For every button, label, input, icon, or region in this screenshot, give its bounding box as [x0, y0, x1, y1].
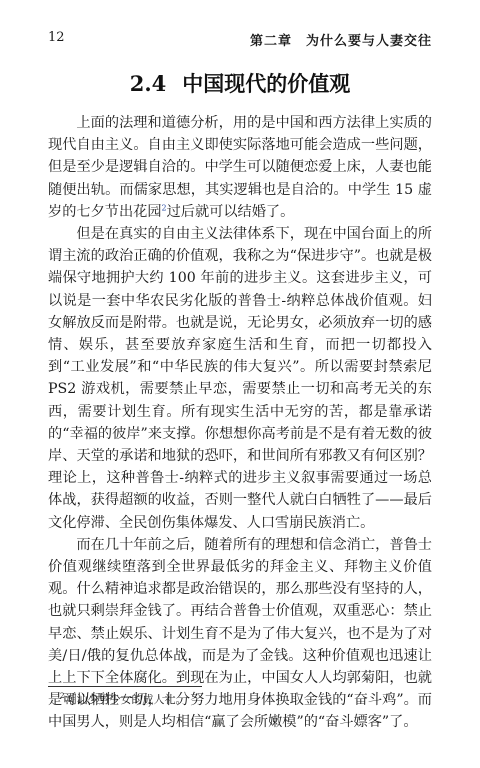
document-page: 12 第二章 为什么要与人妻交往 2.4中国现代的价值观 上面的法理和道德分析，… — [0, 0, 480, 768]
footnote-mark: 2 — [60, 692, 64, 700]
section-title: 中国现代的价值观 — [182, 72, 350, 96]
footnote: 2潮汕少男少女的成人礼。 — [60, 691, 186, 707]
footnote-text: 潮汕少男少女的成人礼。 — [65, 693, 186, 706]
running-header: 12 第二章 为什么要与人妻交往 — [48, 30, 432, 50]
chapter-title: 第二章 为什么要与人妻交往 — [250, 30, 432, 49]
paragraph-1-text-cont: 过后就可以结婚了。 — [167, 204, 295, 220]
paragraph-2: 但是在真实的自由主义法律体系下，现在中国台面上的所谓主流的政治正确的价值观，我称… — [48, 223, 432, 534]
footnote-divider — [48, 686, 202, 687]
page-number: 12 — [48, 30, 65, 45]
section-number: 2.4 — [130, 71, 167, 96]
paragraph-1: 上面的法理和道德分析，用的是中国和西方法律上实质的现代自由主义。自由主义即使实际… — [48, 112, 432, 223]
body-text: 上面的法理和道德分析，用的是中国和西方法律上实质的现代自由主义。自由主义即使实际… — [48, 112, 432, 734]
section-heading: 2.4中国现代的价值观 — [0, 68, 480, 98]
